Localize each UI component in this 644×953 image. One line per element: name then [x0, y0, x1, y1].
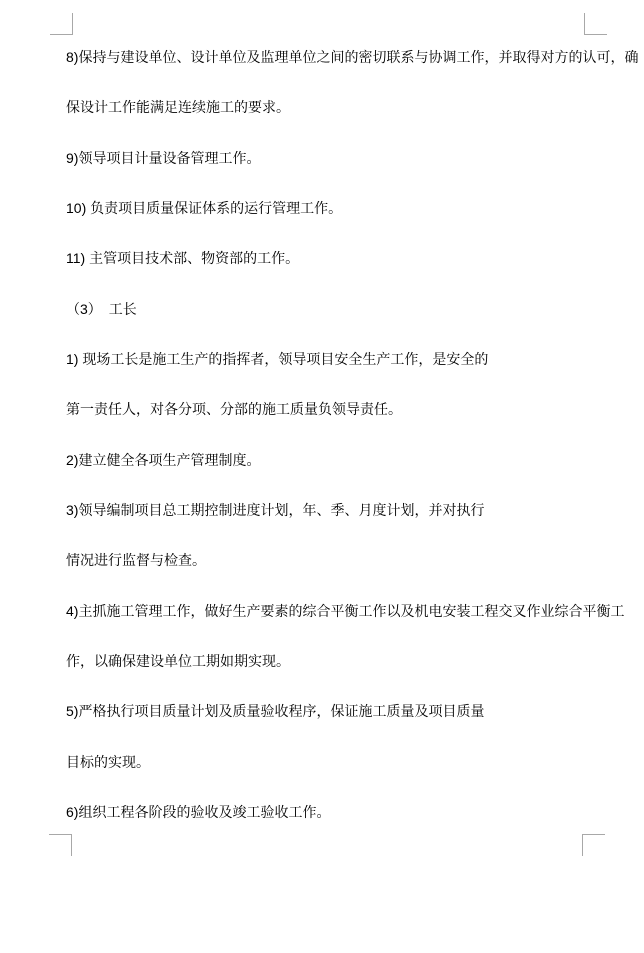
text-line: 第一责任人，对各分项、分部的施工质量负领导责任。 — [66, 384, 594, 434]
text-line: 6)组织工程各阶段的验收及竣工验收工作。 — [66, 787, 594, 837]
text-line: 3)领导编制项目总工期控制进度计划，年、季、月度计划，并对执行 — [66, 485, 594, 535]
text-line: 保设计工作能满足连续施工的要求。 — [66, 82, 594, 132]
document-body: 8)保持与建设单位、设计单位及监理单位之间的密切联系与协调工作，并取得对方的认可… — [66, 32, 594, 838]
text-line: 目标的实现。 — [66, 737, 594, 787]
text-line: 4)主抓施工管理工作，做好生产要素的综合平衡工作以及机电安装工程交叉作业综合平衡… — [66, 586, 594, 636]
text-line: （3） 工长 — [66, 284, 594, 334]
text-line: 8)保持与建设单位、设计单位及监理单位之间的密切联系与协调工作，并取得对方的认可… — [66, 32, 594, 82]
text-line: 5)严格执行项目质量计划及质量验收程序，保证施工质量及项目质量 — [66, 686, 594, 736]
text-line: 情况进行监督与检查。 — [66, 535, 594, 585]
text-line: 作，以确保建设单位工期如期实现。 — [66, 636, 594, 686]
text-line: 10) 负责项目质量保证体系的运行管理工作。 — [66, 183, 594, 233]
text-line: 2)建立健全各项生产管理制度。 — [66, 435, 594, 485]
document-page: 8)保持与建设单位、设计单位及监理单位之间的密切联系与协调工作，并取得对方的认可… — [0, 0, 644, 953]
text-line: 9)领导项目计量设备管理工作。 — [66, 133, 594, 183]
text-line: 1) 现场工长是施工生产的指挥者，领导项目安全生产工作，是安全的 — [66, 334, 594, 384]
text-line: 11) 主管项目技术部、物资部的工作。 — [66, 233, 594, 283]
